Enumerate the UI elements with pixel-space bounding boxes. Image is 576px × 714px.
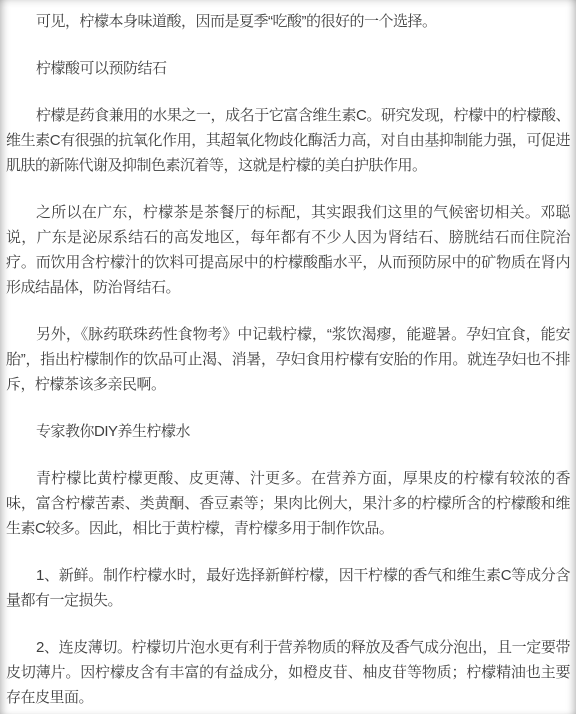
paragraph-green-vs-yellow-lemon: 青柠檬比黄柠檬更酸、皮更薄、汁更多。在营养方面，厚果皮的柠檬有较浓的香味，富含柠… <box>6 466 570 541</box>
section-heading-diy-lemon-water: 专家教你DIY养生柠檬水 <box>6 419 570 444</box>
article-body: 可见，柠檬本身味道酸，因而是夏季“吃酸”的很好的一个选择。 柠檬酸可以预防结石 … <box>0 0 576 714</box>
paragraph-tip-2-thin-slices-with-peel: 2、连皮薄切。柠檬切片泡水更有利于营养物质的释放及香气成分泡出，且一定要带皮切薄… <box>6 635 570 710</box>
article-page: 可见，柠檬本身味道酸，因而是夏季“吃酸”的很好的一个选择。 柠檬酸可以预防结石 … <box>0 0 576 714</box>
paragraph-intro: 可见，柠檬本身味道酸，因而是夏季“吃酸”的很好的一个选择。 <box>6 9 570 34</box>
paragraph-guangdong-lemon-tea: 之所以在广东，柠檬茶是茶餐厅的标配，其实跟我们这里的气候密切相关。邓聪说，广东是… <box>6 200 570 300</box>
paragraph-vitamin-c-antioxidant: 柠檬是药食兼用的水果之一，成名于它富含维生素C。研究发现，柠檬中的柠檬酸、维生素… <box>6 103 570 178</box>
paragraph-tip-1-fresh: 1、新鲜。制作柠檬水时，最好选择新鲜柠檬，因干柠檬的香气和维生素C等成分含量都有… <box>6 563 570 613</box>
section-heading-citric-acid-prevents-stones: 柠檬酸可以预防结石 <box>6 56 570 81</box>
paragraph-ancient-text-pregnancy: 另外，《脉药联珠药性食物考》中记载柠檬，“浆饮渴瘳，能避暑。孕妇宜食，能安胎”，… <box>6 322 570 397</box>
